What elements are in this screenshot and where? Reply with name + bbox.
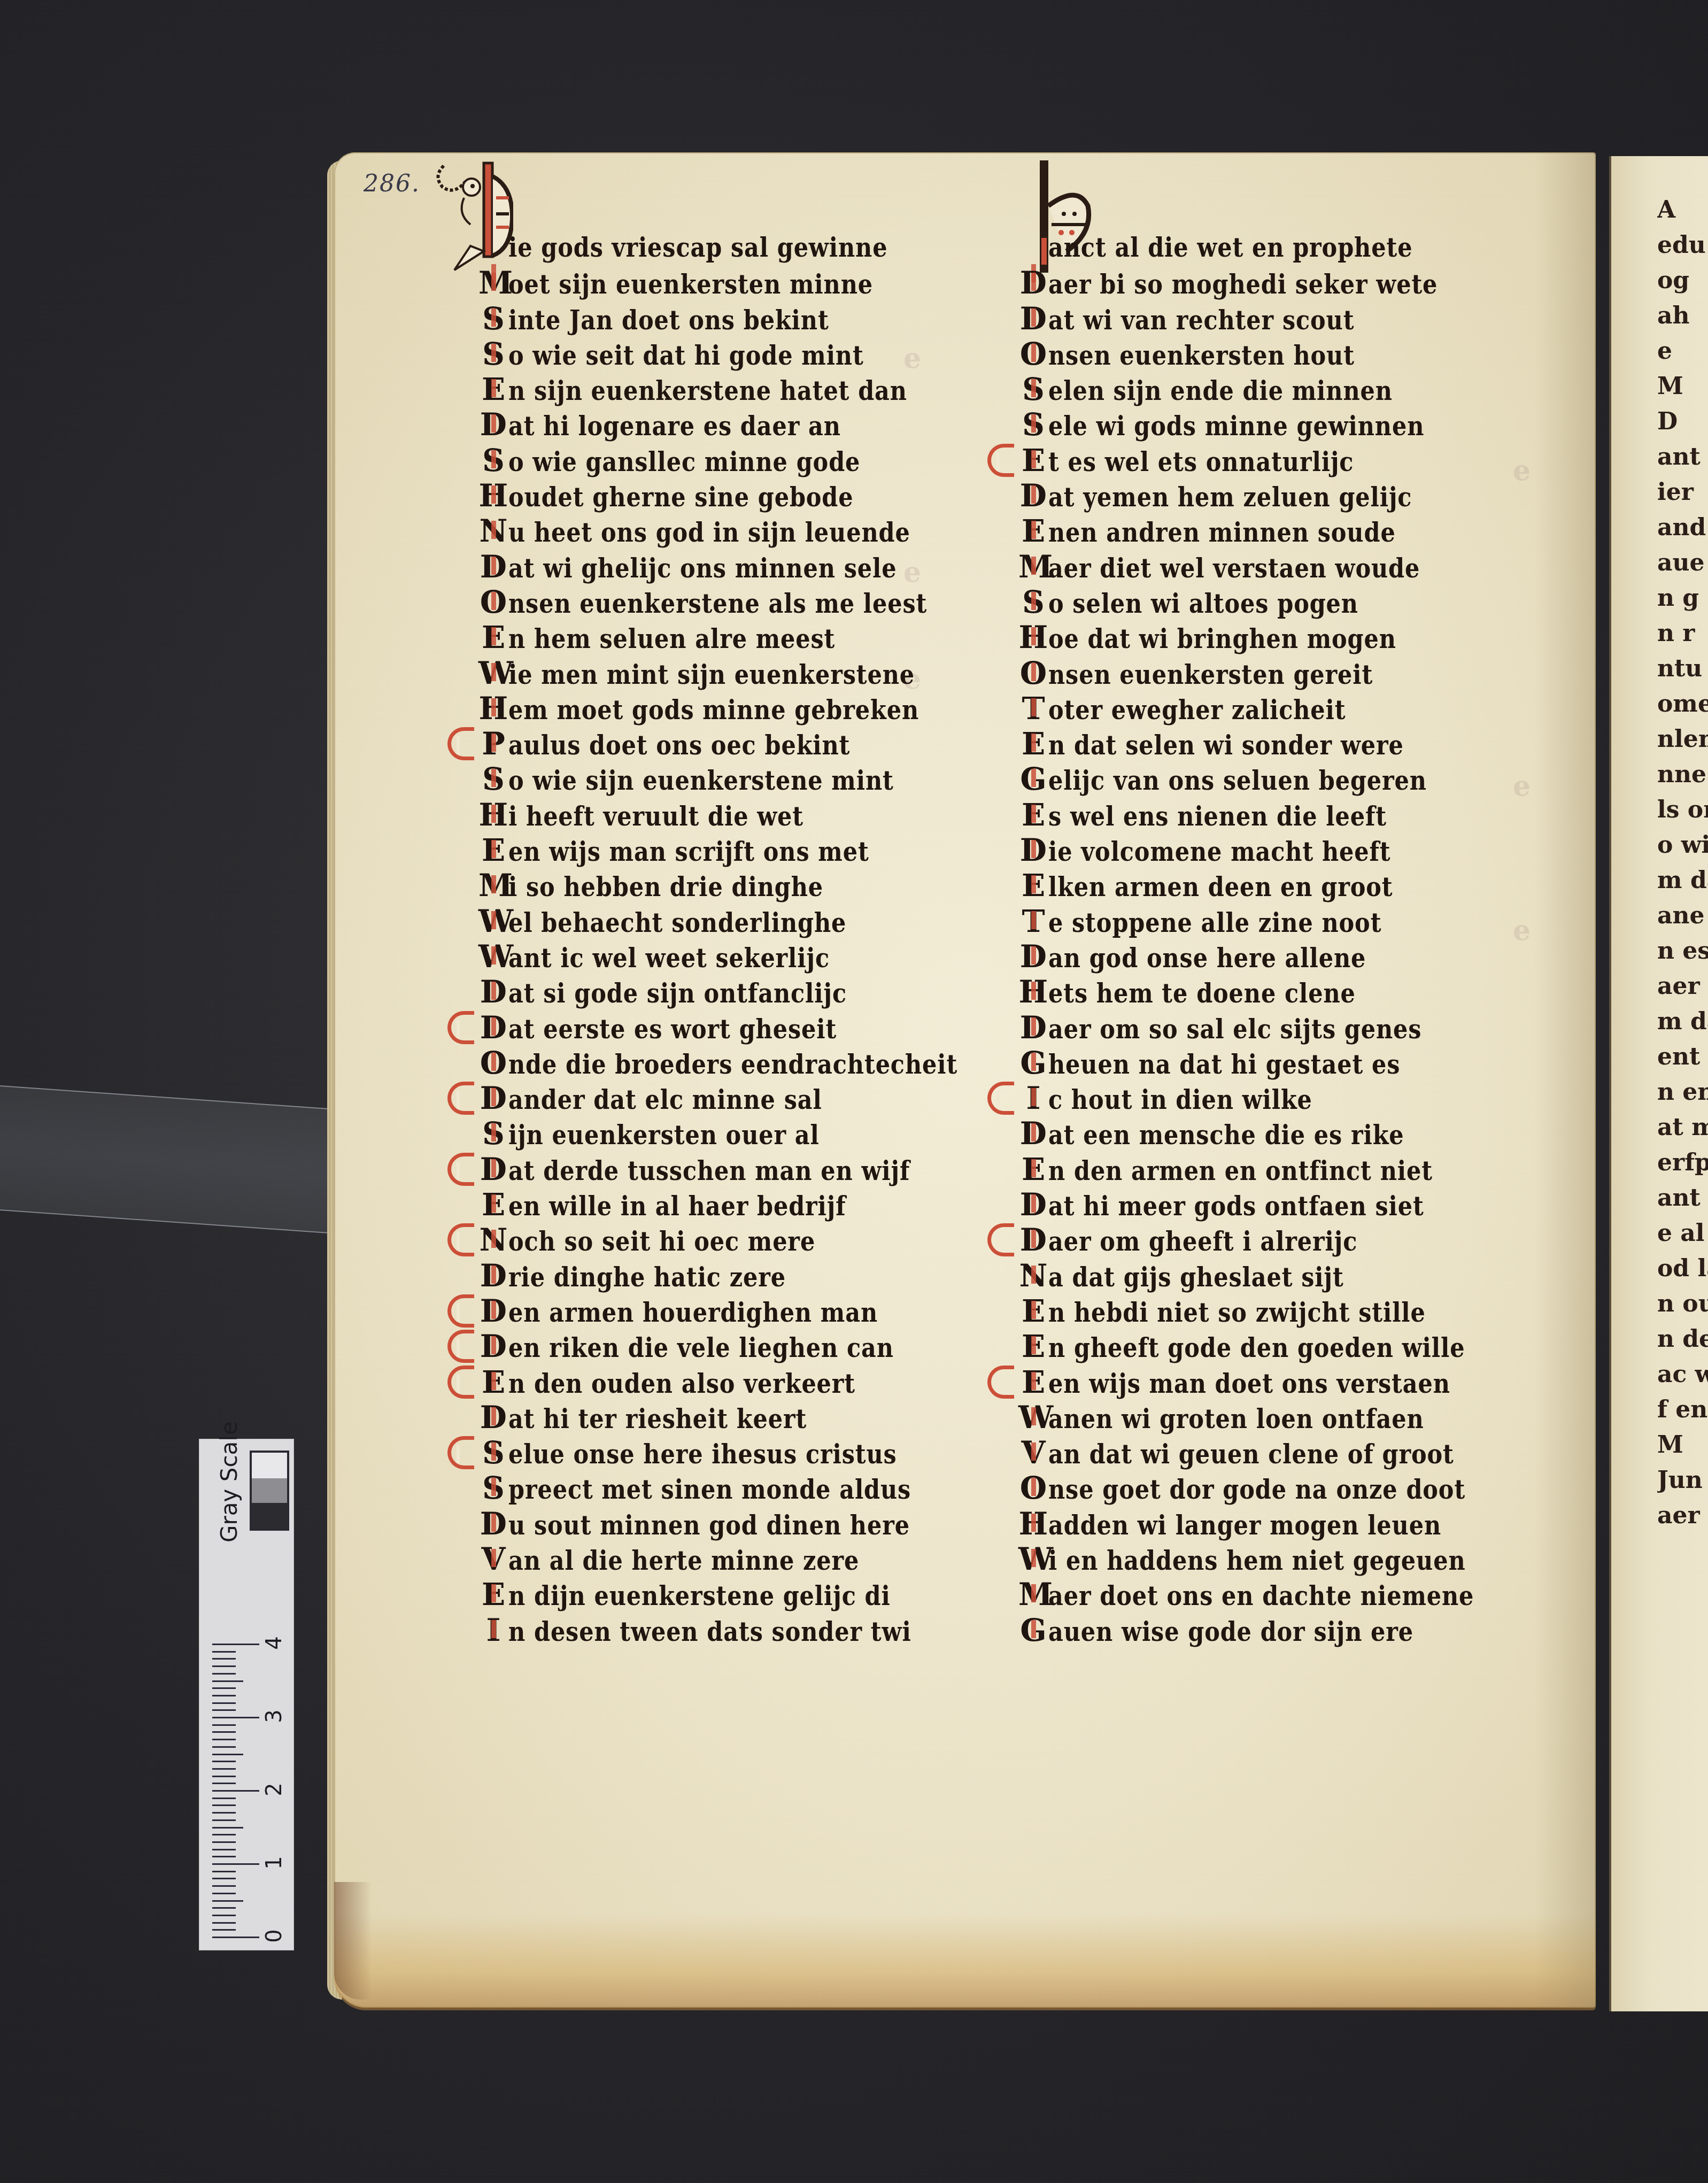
verse-line: Daer om gheeft i alrerijc — [1018, 1222, 1478, 1258]
line-text: i so hebben drie dinghe — [508, 869, 823, 905]
verse-line: Paulus doet ons oec bekint — [478, 726, 938, 761]
line-initial: E — [1018, 443, 1048, 478]
ruler-tick — [212, 1900, 243, 1902]
line-initial: H — [1018, 974, 1048, 1009]
line-text: nsen euenkersten gereit — [1048, 657, 1373, 692]
verse-line: So wie gansllec minne gode — [478, 443, 938, 478]
verse-line: Selue onse here ihesus cristus — [478, 1435, 938, 1470]
verse-line: So wie seit dat hi gode mint — [478, 336, 938, 372]
verse-line: Du sout minnen god dinen here — [478, 1506, 938, 1541]
facing-line: n en — [1657, 1075, 1708, 1110]
verse-line: Dander dat elc minne sal — [478, 1081, 938, 1116]
verse-line: Een wijs man scrijft ons met — [478, 832, 938, 868]
verse-line: Selen sijn ende die minnen — [1018, 372, 1478, 407]
verse-line: Daer om so sal elc sijts genes — [1018, 1010, 1478, 1045]
verse-line: Na dat gijs gheslaet sijt — [1018, 1258, 1478, 1293]
line-initial: S — [1018, 407, 1048, 442]
line-initial: O — [1018, 1470, 1048, 1506]
line-initial: E — [478, 1577, 508, 1612]
line-text: i en haddens hem niet gegeuen — [1048, 1543, 1466, 1578]
line-initial: G — [1018, 1045, 1048, 1081]
line-initial: M — [478, 265, 508, 300]
ruler-tick — [212, 1724, 236, 1726]
line-initial: D — [1018, 301, 1048, 336]
verse-line: Gauen wise gode dor sijn ere — [1018, 1613, 1478, 1648]
verse-line: Dat wi ghelijc ons minnen sele — [478, 549, 938, 584]
ruler-tick — [212, 1680, 243, 1682]
line-initial: D — [1018, 265, 1048, 300]
line-initial: S — [1018, 584, 1048, 620]
line-initial: D — [478, 1506, 508, 1541]
verse-line: Et es wel ets onnaturlijc — [1018, 443, 1478, 478]
verse-line: Dat yemen hem zeluen gelijc — [1018, 478, 1478, 513]
facing-line: ome — [1657, 686, 1708, 722]
line-text: inte Jan doet ons bekint — [508, 303, 829, 338]
line-text: n den armen en ontfinct niet — [1048, 1153, 1433, 1189]
verse-line: Gelijc van ons seluen begeren — [1018, 761, 1478, 797]
line-text: aer doet ons en dachte niemene — [1048, 1578, 1474, 1614]
verse-line: Hem moet gods minne gebreken — [478, 691, 938, 726]
line-text: at hi meer gods ontfaen siet — [1048, 1189, 1424, 1224]
ruler-tick — [212, 1658, 236, 1660]
line-initial: O — [1018, 336, 1048, 372]
verse-line: Maer doet ons en dachte niemene — [1018, 1577, 1478, 1612]
line-text: ie men mint sijn euenkerstene — [508, 657, 915, 692]
ruler-tick — [212, 1761, 236, 1762]
line-initial: E — [1018, 1152, 1048, 1187]
line-text: el behaecht sonderlinghe — [508, 905, 846, 940]
line-initial: I — [478, 1613, 508, 1648]
ruler-tick — [212, 1915, 236, 1916]
verse-line: Onsen euenkersten hout — [1018, 336, 1478, 372]
facing-line: ier — [1657, 475, 1708, 510]
ruler-tick — [212, 1746, 236, 1748]
verse-line: Dan god onse here allene — [1018, 939, 1478, 974]
verse-line: En gheeft gode den goeden wille — [1018, 1329, 1478, 1364]
line-initial: O — [478, 1045, 508, 1081]
line-text: elen sijn ende die minnen — [1048, 373, 1393, 408]
line-initial: O — [478, 584, 508, 620]
verse-line: Van al die herte minne zere — [478, 1541, 938, 1577]
line-text: oudet gherne sine gebode — [508, 480, 854, 515]
line-initial: D — [478, 549, 508, 584]
line-initial: I — [1018, 1081, 1048, 1116]
facing-line: M — [1657, 1428, 1708, 1463]
line-initial: W — [478, 939, 508, 974]
line-text: adden wi langer mogen leuen — [1048, 1508, 1441, 1543]
line-text: t es wel ets onnaturlijc — [1048, 444, 1354, 480]
line-text: at eerste es wort gheseit — [508, 1012, 837, 1047]
line-initial: S — [478, 761, 508, 797]
line-initial: D — [1018, 1010, 1048, 1045]
ruler-number: 3 — [262, 1709, 287, 1723]
line-initial: D — [478, 1400, 508, 1435]
facing-line: m da — [1657, 1004, 1708, 1039]
verse-line: Elken armen deen en groot — [1018, 868, 1478, 903]
ruler-tick — [212, 1907, 236, 1909]
line-text: ele wi gods minne gewinnen — [1048, 408, 1424, 444]
facing-line: n r — [1657, 616, 1708, 651]
verse-line: Hoe dat wi bringhen mogen — [1018, 620, 1478, 655]
line-initial: D — [478, 1152, 508, 1187]
line-initial: E — [478, 372, 508, 407]
ruler-tick — [212, 1783, 236, 1784]
line-text: ant ic wel weet sekerlijc — [508, 940, 830, 976]
ruler-tick — [212, 1687, 236, 1689]
line-text: aer om so sal elc sijts genes — [1048, 1012, 1421, 1047]
ruler-tick — [212, 1856, 236, 1857]
facing-line: n es — [1657, 934, 1708, 969]
line-initial: D — [478, 1258, 508, 1293]
ruler-tick — [212, 1834, 236, 1835]
ruler-tick — [212, 1885, 236, 1887]
line-initial: N — [478, 1222, 508, 1258]
line-initial: E — [478, 1187, 508, 1222]
line-text: oe dat wi bringhen mogen — [1048, 621, 1396, 657]
line-text: rie dinghe hatic zere — [508, 1260, 786, 1295]
line-text: anen wi groten loen ontfaen — [1048, 1401, 1424, 1437]
line-text: n hem seluen alre meest — [508, 621, 835, 657]
verse-line: Wanen wi groten loen ontfaen — [1018, 1400, 1478, 1435]
line-text: a dat gijs gheslaet sijt — [1048, 1260, 1344, 1295]
line-text: an dat wi geuen clene of groot — [1048, 1437, 1454, 1472]
ruler-tick — [212, 1739, 236, 1740]
verse-line: Sinte Jan doet ons bekint — [478, 301, 938, 336]
line-initial: D — [478, 1010, 508, 1045]
verse-line: Sele wi gods minne gewinnen — [1018, 407, 1478, 442]
left-text-column: ie gods vriescap sal gewinneMoet sijn eu… — [478, 230, 938, 1648]
ruler-tick — [212, 1812, 236, 1814]
verse-line: Spreect met sinen monde aldus — [478, 1470, 938, 1506]
line-text: ie gods vriescap sal gewinne — [508, 230, 887, 265]
line-initial: S — [478, 1116, 508, 1151]
verse-line: Een wijs man doet ons verstaen — [1018, 1364, 1478, 1400]
ruler-tick — [212, 1709, 236, 1711]
verse-line: In desen tween dats sonder twi — [478, 1613, 938, 1648]
verse-line: Es wel ens nienen die leeft — [1018, 797, 1478, 832]
line-initial: M — [1018, 1577, 1048, 1612]
show-through: e — [1513, 770, 1531, 803]
verse-line: So selen wi altoes pogen — [1018, 584, 1478, 620]
line-initial: E — [1018, 726, 1048, 761]
facing-line: n g — [1657, 581, 1708, 616]
line-initial: D — [1018, 1222, 1048, 1258]
line-text: elijc van ons seluen begeren — [1048, 763, 1427, 798]
verse-line: Van dat wi geuen clene of groot — [1018, 1435, 1478, 1470]
line-initial: W — [478, 655, 508, 691]
line-initial: H — [1018, 620, 1048, 655]
facing-line: D — [1657, 404, 1708, 439]
line-text: o selen wi altoes pogen — [1048, 586, 1358, 621]
facing-line: aer — [1657, 1498, 1708, 1533]
line-initial: G — [1018, 761, 1048, 797]
ruler-tick — [212, 1776, 236, 1777]
clamp-strap — [0, 1085, 374, 1237]
ruler-tick — [212, 1644, 259, 1645]
line-text: n dat selen wi sonder were — [1048, 728, 1404, 763]
line-text: aer bi so moghedi seker wete — [1048, 267, 1437, 302]
verse-line: Hadden wi langer mogen leuen — [1018, 1506, 1478, 1541]
line-initial: N — [1018, 1258, 1048, 1293]
ruler-tick — [212, 1827, 243, 1829]
line-text: ets hem te doene clene — [1048, 976, 1356, 1011]
facing-line: ac w — [1657, 1357, 1708, 1392]
line-initial: E — [478, 1364, 508, 1400]
line-initial: G — [1018, 1613, 1048, 1648]
ruler-tick — [212, 1841, 236, 1843]
line-text: elue onse here ihesus cristus — [508, 1437, 897, 1472]
ruler-tick — [212, 1849, 236, 1850]
line-initial: M — [1018, 549, 1048, 584]
line-initial: D — [1018, 939, 1048, 974]
line-text: en riken die vele lieghen can — [508, 1330, 894, 1366]
verse-line: Enen andren minnen soude — [1018, 513, 1478, 549]
verse-line: Maer diet wel verstaen woude — [1018, 549, 1478, 584]
line-text: at wi ghelijc ons minnen sele — [508, 551, 896, 586]
facing-line: M — [1657, 369, 1708, 404]
ruler-tick — [212, 1871, 236, 1872]
show-through: e — [1513, 454, 1531, 487]
line-initial: V — [478, 1541, 508, 1577]
line-initial: V — [1018, 1435, 1048, 1470]
ruler-tick — [212, 1768, 236, 1770]
line-text: an god onse here allene — [1048, 940, 1366, 976]
line-initial: D — [1018, 832, 1048, 868]
verse-line: Dat derde tusschen man en wijf — [478, 1152, 938, 1187]
line-initial: E — [478, 832, 508, 868]
ruler-tick — [212, 1929, 236, 1931]
verse-line: Wel behaecht sonderlinghe — [478, 904, 938, 939]
swatch-mid — [252, 1478, 287, 1503]
verse-line: Sijn euenkersten ouer al — [478, 1116, 938, 1151]
water-stain — [334, 1914, 1596, 2010]
verse-line: Houdet gherne sine gebode — [478, 478, 938, 513]
line-initial: T — [1018, 691, 1048, 726]
facing-line: ls on — [1657, 792, 1708, 828]
line-text: u heet ons god in sijn leuende — [508, 515, 910, 550]
facing-line: od la — [1657, 1251, 1708, 1286]
ruler-tick — [212, 1673, 236, 1675]
line-initial: S — [1018, 372, 1048, 407]
facing-line: og — [1657, 263, 1708, 298]
rubric-initial — [447, 1011, 474, 1044]
line-text: at een mensche die es rike — [1048, 1117, 1404, 1153]
facing-line: ant — [1657, 439, 1708, 475]
line-text: aer diet wel verstaen woude — [1048, 551, 1420, 586]
line-initial: E — [1018, 1293, 1048, 1329]
line-initial: S — [478, 301, 508, 336]
ruler-tick — [212, 1937, 259, 1938]
verse-line: Te stoppene alle zine noot — [1018, 904, 1478, 939]
verse-line: Onsen euenkersten gereit — [1018, 655, 1478, 691]
verse-line: Want ic wel weet sekerlijc — [478, 939, 938, 974]
facing-line: aer — [1657, 969, 1708, 1004]
line-initial: D — [1018, 1116, 1048, 1151]
ruler-tick — [212, 1863, 259, 1865]
ruler-number: 4 — [262, 1636, 287, 1649]
verse-line: Ic hout in dien wilke — [1018, 1081, 1478, 1116]
gray-swatches — [250, 1451, 289, 1531]
verse-line: En hebdi niet so zwijcht stille — [1018, 1293, 1478, 1329]
line-initial: D — [478, 407, 508, 442]
right-text-column: anct al die wet en propheteDaer bi so mo… — [1018, 230, 1478, 1648]
line-text: aer om gheeft i alrerijc — [1048, 1224, 1357, 1259]
verse-line: Daer bi so moghedi seker wete — [1018, 265, 1478, 300]
facing-line: m da — [1657, 863, 1708, 898]
line-text: oet sijn euenkersten minne — [508, 267, 873, 302]
line-text: n hebdi niet so zwijcht stille — [1048, 1295, 1426, 1330]
corner-stain — [334, 1882, 372, 2000]
verse-line: En den ouden also verkeert — [478, 1364, 938, 1400]
verse-line: Dat hi logenare es daer an — [478, 407, 938, 442]
facing-line: and — [1657, 510, 1708, 545]
facing-line: e — [1657, 334, 1708, 369]
line-initial: W — [478, 904, 508, 939]
line-initial: S — [478, 443, 508, 478]
verse-line: Dat hi ter riesheit keert — [478, 1400, 938, 1435]
line-text: en wijs man doet ons verstaen — [1048, 1366, 1450, 1401]
facing-line: n ou — [1657, 1286, 1708, 1322]
verse-line: Onse goet dor gode na onze doot — [1018, 1470, 1478, 1506]
line-text: ie volcomene macht heeft — [1048, 834, 1391, 869]
verse-line: Den riken die vele lieghen can — [478, 1329, 938, 1364]
line-text: en wille in al haer bedrijf — [508, 1189, 846, 1224]
line-text: en armen houerdighen man — [508, 1295, 878, 1330]
ruler-number: 1 — [262, 1856, 287, 1869]
line-text: c hout in dien wilke — [1048, 1082, 1312, 1117]
line-text: nsen euenkersten hout — [1048, 338, 1355, 373]
facing-line: o wio — [1657, 828, 1708, 863]
line-text: n sijn euenkerstene hatet dan — [508, 373, 907, 408]
verse-line: Mi so hebben drie dinghe — [478, 868, 938, 903]
line-text: at hi ter riesheit keert — [508, 1401, 807, 1437]
line-text: auen wise gode dor sijn ere — [1048, 1614, 1413, 1649]
facing-line: aue — [1657, 545, 1708, 581]
line-text: preect met sinen monde aldus — [508, 1472, 911, 1507]
ruler-tick — [212, 1754, 243, 1755]
line-text: nen andren minnen soude — [1048, 515, 1396, 550]
facing-line: ane — [1657, 898, 1708, 934]
facing-line: ent — [1657, 1039, 1708, 1075]
line-initial: E — [1018, 797, 1048, 832]
line-text: och so seit hi oec mere — [508, 1224, 815, 1259]
line-initial: H — [478, 797, 508, 832]
verse-line: Toter ewegher zalicheit — [1018, 691, 1478, 726]
ruler-tick — [212, 1893, 236, 1894]
line-text: nse goet dor gode na onze doot — [1048, 1472, 1465, 1507]
line-initial: E — [1018, 1364, 1048, 1400]
verse-line: Dat eerste es wort gheseit — [478, 1010, 938, 1045]
line-text: oter ewegher zalicheit — [1048, 692, 1346, 728]
show-through: e — [1513, 914, 1531, 947]
gutter-shadow — [1534, 152, 1596, 2008]
verse-line: Hi heeft veruult die wet — [478, 797, 938, 832]
facing-page-text: AeduogaheMDantierandauen gn rntuomenlemn… — [1657, 192, 1708, 1533]
facing-line: at m — [1657, 1110, 1708, 1145]
ruler-tick — [212, 1798, 236, 1799]
line-initial: E — [1018, 513, 1048, 549]
facing-line: erfp — [1657, 1145, 1708, 1181]
ruler-tick — [212, 1819, 236, 1821]
line-initial: H — [1018, 1506, 1048, 1541]
line-text: n dijn euenkerstene gelijc di — [508, 1578, 891, 1614]
verse-line: Onsen euenkerstene als me leest — [478, 584, 938, 620]
verse-line: Dat wi van rechter scout — [1018, 301, 1478, 336]
verse-line: Wie men mint sijn euenkerstene — [478, 655, 938, 691]
verse-line: So wie sijn euenkerstene mint — [478, 761, 938, 797]
line-text: at derde tusschen man en wijf — [508, 1153, 910, 1189]
verse-line: anct al die wet en prophete — [1018, 230, 1478, 265]
verse-line: Gheuen na dat hi gestaet es — [1018, 1045, 1478, 1081]
line-text: at si gode sijn ontfanclijc — [508, 976, 847, 1011]
line-text: nde die broeders eendrachtecheit — [508, 1047, 957, 1082]
ruler-tick — [212, 1731, 236, 1733]
line-text: at yemen hem zeluen gelijc — [1048, 480, 1412, 515]
line-text: o wie seit dat hi gode mint — [508, 338, 864, 373]
verse-line: Dat hi meer gods ontfaen siet — [1018, 1187, 1478, 1222]
ruler-tick — [212, 1922, 236, 1924]
line-initial: H — [478, 691, 508, 726]
facing-line: Jun — [1657, 1463, 1708, 1498]
facing-line: ah — [1657, 298, 1708, 334]
ruler-tick — [212, 1702, 236, 1704]
swatch-light — [252, 1453, 287, 1478]
line-text: ijn euenkersten ouer al — [508, 1117, 820, 1153]
verse-line: Nu heet ons god in sijn leuende — [478, 513, 938, 549]
facing-line: nlem — [1657, 722, 1708, 757]
line-initial: M — [478, 868, 508, 903]
facing-line: f en — [1657, 1392, 1708, 1428]
verse-line: Drie dinghe hatic zere — [478, 1258, 938, 1293]
line-initial: S — [478, 1435, 508, 1470]
line-initial: W — [1018, 1400, 1048, 1435]
line-text: e stoppene alle zine noot — [1048, 905, 1381, 940]
line-initial: W — [1018, 1541, 1048, 1577]
line-initial: E — [1018, 868, 1048, 903]
ruler-tick — [212, 1665, 236, 1667]
line-text: o wie gansllec minne gode — [508, 444, 860, 480]
line-text: at wi van rechter scout — [1048, 303, 1354, 338]
verse-line: Noch so seit hi oec mere — [478, 1222, 938, 1258]
ruler-tick — [212, 1878, 236, 1879]
verse-line: En sijn euenkerstene hatet dan — [478, 372, 938, 407]
line-initial: S — [478, 1470, 508, 1506]
rubric-initial — [447, 1366, 474, 1399]
line-text: nsen euenkerstene als me leest — [508, 586, 927, 621]
ruler-tick — [212, 1804, 236, 1806]
verse-line: En dat selen wi sonder were — [1018, 726, 1478, 761]
line-text: lken armen deen en groot — [1048, 869, 1393, 905]
line-text: heuen na dat hi gestaet es — [1048, 1047, 1400, 1082]
verse-line: Een wille in al haer bedrijf — [478, 1187, 938, 1222]
line-initial: D — [1018, 478, 1048, 513]
line-text: n den ouden also verkeert — [508, 1366, 855, 1401]
facing-line: n de — [1657, 1322, 1708, 1357]
ruler-tick — [212, 1717, 259, 1718]
line-text: an al die herte minne zere — [508, 1543, 859, 1578]
verse-line: Onde die broeders eendrachtecheit — [478, 1045, 938, 1081]
line-text: s wel ens nienen die leeft — [1048, 799, 1387, 834]
line-initial: P — [478, 726, 508, 761]
line-text: anct al die wet en prophete — [1048, 230, 1412, 265]
verse-line: ie gods vriescap sal gewinne — [478, 230, 938, 265]
rubric-initial — [987, 1366, 1014, 1399]
ruler-number: 0 — [262, 1929, 287, 1942]
line-initial: S — [478, 336, 508, 372]
line-text: u sout minnen god dinen here — [508, 1508, 910, 1543]
ruler-tick — [212, 1695, 236, 1696]
line-initial: T — [1018, 904, 1048, 939]
